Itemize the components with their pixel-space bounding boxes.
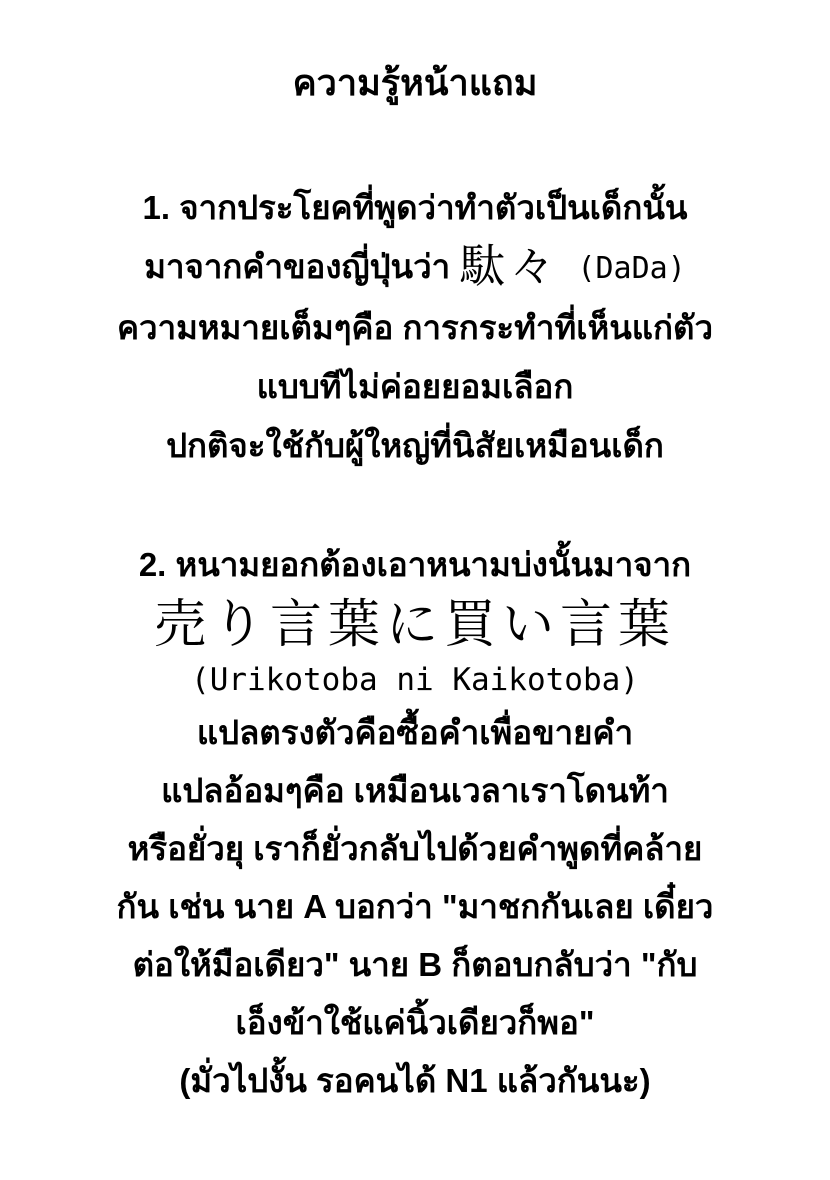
note2-japanese-phrase: 売り言葉に買い言葉 (0, 594, 830, 656)
note2-romaji: (Urikotoba ni Kaikotoba) (0, 656, 830, 704)
note1-romaji-dada: (DaDa) (559, 251, 685, 286)
note1-line2-thai-prefix: มาจากคำของญี่ปุ่นว่า (144, 248, 459, 285)
note1-japanese-word: 駄々 (459, 239, 559, 293)
page-title: ความรู้หน้าแถม (0, 0, 830, 106)
note2-paragraph: แปลตรงตัวคือซื้อคำเพื่อขายคำ แปลอ้อมๆคือ… (0, 704, 830, 1110)
note2-line-1: แปลตรงตัวคือซื้อคำเพื่อขายคำ (0, 704, 830, 762)
note2-line-4: กัน เช่น นาย A บอกว่า "มาชกกันเลย เดี๋ยว (0, 878, 830, 936)
note2-heading: 2. หนามยอกต้องเอาหนามบ่งนั้นมาจาก (0, 535, 830, 594)
note1-line-3: ความหมายเต็มๆคือ การกระทำที่เห็นแก่ตัว (0, 298, 830, 357)
note2-line-7: (มั่วไปงั้น รอคนได้ N1 แล้วกันนะ) (0, 1052, 830, 1110)
translator-note-page: ความรู้หน้าแถม 1. จากประโยคที่พูดว่าทำตั… (0, 0, 830, 1180)
note1-line-2: มาจากคำของญี่ปุ่นว่า 駄々 (DaDa) (0, 237, 830, 298)
note2-line-6: เอ็งข้าใช้แค่นิ้วเดียวก็พอ" (0, 994, 830, 1052)
note2-line-2: แปลอ้อมๆคือ เหมือนเวลาเราโดนท้า (0, 762, 830, 820)
note1-line-1: 1. จากประโยคที่พูดว่าทำตัวเป็นเด็กนั้น (0, 178, 830, 237)
note-section-2: 2. หนามยอกต้องเอาหนามบ่งนั้นมาจาก 売り言葉に買… (0, 535, 830, 1110)
note2-line-3: หรือยั่วยุ เราก็ยั่วกลับไปด้วยคำพูดที่คล… (0, 820, 830, 878)
note1-line-4: แบบทีไม่ค่อยยอมเลือก (0, 357, 830, 416)
note2-line-5: ต่อให้มือเดียว" นาย B ก็ตอบกลับว่า "กับ (0, 936, 830, 994)
note-section-1: 1. จากประโยคที่พูดว่าทำตัวเป็นเด็กนั้น ม… (0, 178, 830, 475)
note1-line-5: ปกติจะใช้กับผู้ใหญ่ที่นิสัยเหมือนเด็ก (0, 416, 830, 475)
